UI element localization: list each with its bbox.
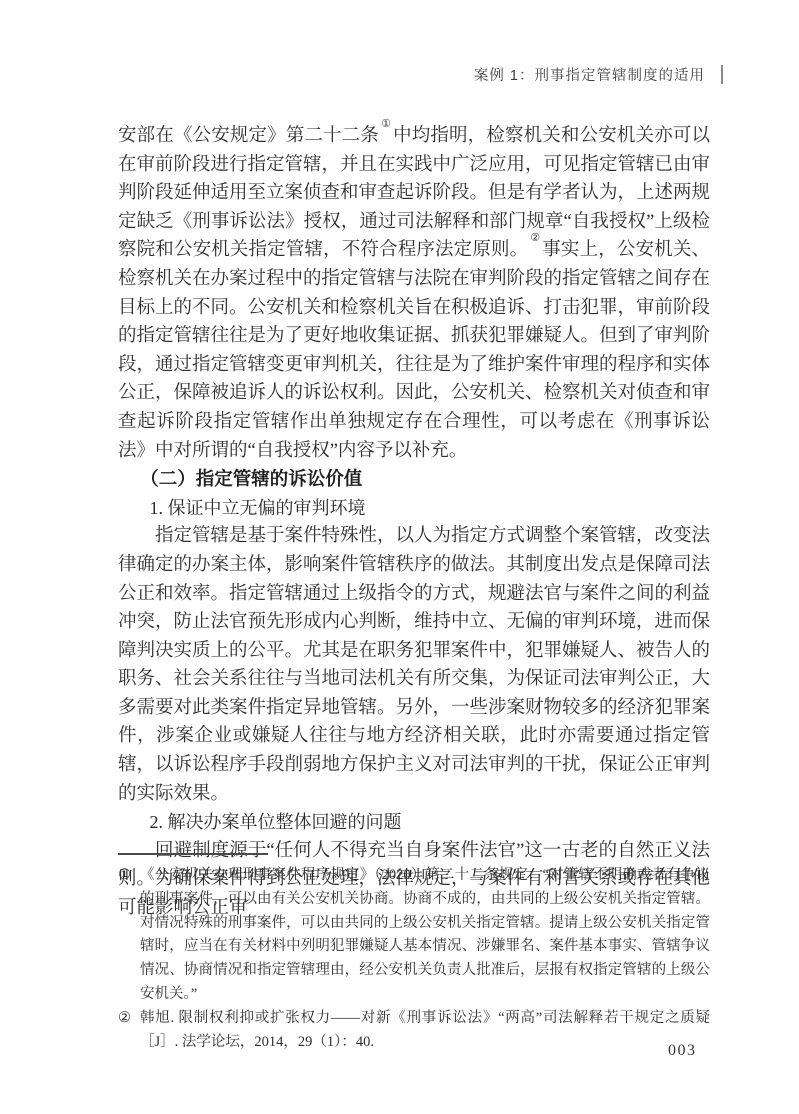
footnote-1-marker: ①	[118, 864, 140, 1007]
footnote-2-text: 韩旭. 限制权利抑或扩张权力——对新《刑事诉讼法》“两高”司法解释若干规定之质疑…	[140, 1007, 710, 1055]
paragraph-1-text-c: 事实上，公安机关、检察机关在办案过程中的指定管辖与法院在审判阶段的指定管辖之间存…	[118, 240, 710, 460]
footnote-1: ① 《公安机关办理刑事案件程序规定》（2020）第二十二条规定：“对管辖不明确或…	[118, 864, 710, 1007]
footnote-ref-1: ①	[381, 118, 391, 130]
book-page: 案例 1：刑事指定管辖制度的适用 安部在《公安规定》第二十二条①中均指明，检察机…	[0, 0, 799, 1114]
paragraph-1-text-a: 安部在《公安规定》第二十二条	[118, 126, 379, 146]
footnote-2-marker: ②	[118, 1007, 140, 1055]
footnote-divider	[118, 853, 268, 855]
footnote-2: ② 韩旭. 限制权利抑或扩张权力——对新《刑事诉讼法》“两高”司法解释若干规定之…	[118, 1007, 710, 1055]
footnote-1-text: 《公安机关办理刑事案件程序规定》（2020）第二十二条规定：“对管辖不明确或者有…	[140, 864, 710, 1007]
body-text-block: 安部在《公安规定》第二十二条①中均指明，检察机关和公安机关亦可以在审前阶段进行指…	[118, 122, 710, 923]
header-divider-bar	[721, 65, 723, 84]
running-head: 案例 1：刑事指定管辖制度的适用	[0, 64, 723, 85]
paragraph-1: 安部在《公安规定》第二十二条①中均指明，检察机关和公安机关亦可以在审前阶段进行指…	[118, 122, 710, 465]
paragraph-2: 指定管辖是基于案件特殊性，以人为指定方式调整个案管辖，改变法律确定的办案主体，影…	[118, 522, 710, 808]
page-number: 003	[668, 1042, 697, 1060]
subsection-heading-1: 1. 保证中立无偏的审判环境	[118, 494, 710, 523]
subsection-heading-2: 2. 解决办案单位整体回避的问题	[118, 808, 710, 837]
footnote-ref-2: ②	[530, 232, 540, 244]
running-head-title: 案例 1：刑事指定管辖制度的适用	[474, 64, 705, 85]
section-heading: （二）指定管辖的诉讼价值	[118, 465, 710, 494]
footnote-area: ① 《公安机关办理刑事案件程序规定》（2020）第二十二条规定：“对管辖不明确或…	[118, 853, 710, 1054]
